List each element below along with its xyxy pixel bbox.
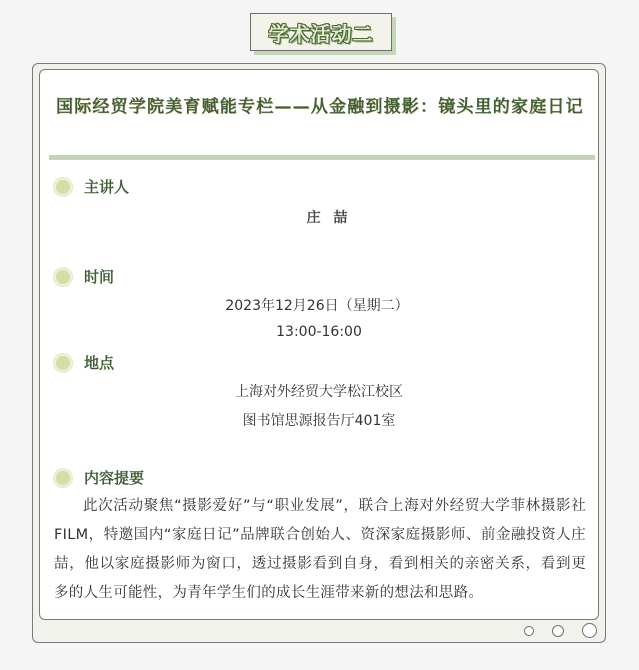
event-date: 2023年12月26日（星期二） (38, 295, 596, 315)
summary-heading: 内容提要 (54, 467, 144, 488)
radio-circle-icon (54, 469, 72, 487)
location-room: 图书馆思源报告厅401室 (40, 410, 598, 430)
radio-circle-icon (54, 268, 72, 286)
speaker-heading-label: 主讲人 (84, 176, 129, 197)
location-heading: 地点 (54, 352, 114, 373)
event-time: 13:00-16:00 (40, 324, 598, 340)
section-badge: 学术活动二 (250, 13, 392, 51)
speaker-name: 庄 喆 (50, 207, 608, 227)
time-heading-label: 时间 (84, 266, 114, 287)
location-campus: 上海对外经贸大学松江校区 (40, 381, 598, 401)
summary-heading-label: 内容提要 (84, 467, 144, 488)
summary-paragraph: 此次活动聚焦“摄影爱好”与“职业发展”，联合上海对外经贸大学菲林摄影社FILM，… (54, 492, 586, 608)
small-circle-icon (524, 626, 534, 636)
medium-circle-icon (552, 625, 564, 637)
three-circles-icon (524, 623, 597, 638)
radio-circle-icon (54, 354, 72, 372)
location-heading-label: 地点 (84, 352, 114, 373)
time-heading: 时间 (54, 266, 114, 287)
speaker-heading: 主讲人 (54, 176, 129, 197)
content-card: 国际经贸学院美育赋能专栏——从金融到摄影：镜头里的家庭日记 主讲人 庄 喆 时间… (39, 69, 599, 620)
radio-circle-icon (54, 178, 72, 196)
badge-label: 学术活动二 (250, 13, 392, 51)
event-title: 国际经贸学院美育赋能专栏——从金融到摄影：镜头里的家庭日记 (56, 94, 586, 120)
large-circle-icon (582, 623, 597, 638)
title-divider (49, 155, 595, 160)
outer-frame: 国际经贸学院美育赋能专栏——从金融到摄影：镜头里的家庭日记 主讲人 庄 喆 时间… (32, 63, 606, 643)
